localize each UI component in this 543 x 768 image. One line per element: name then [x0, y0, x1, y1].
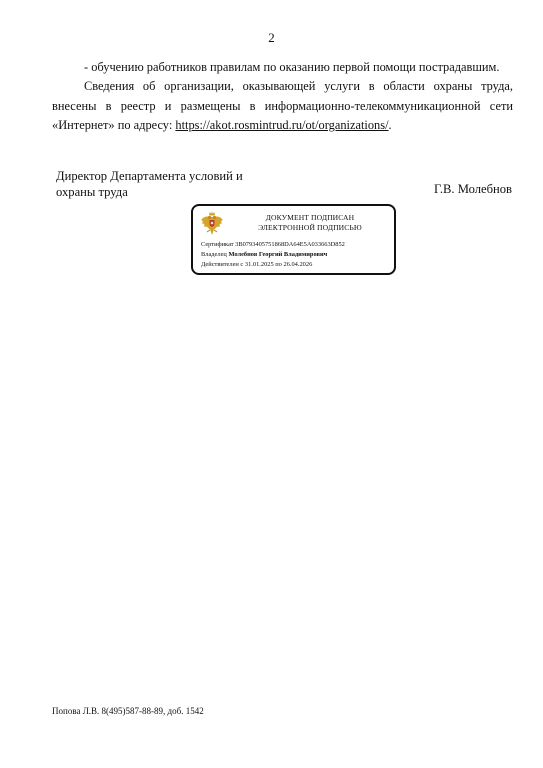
signer-title: Директор Департамента условий и охраны т…: [56, 168, 243, 200]
signer-title-line1: Директор Департамента условий и: [56, 168, 243, 184]
electronic-signature-stamp: ДОКУМЕНТ ПОДПИСАН ЭЛЕКТРОННОЙ ПОДПИСЬЮ С…: [191, 204, 396, 275]
registry-link[interactable]: https://akot.rosmintrud.ru/ot/organizati…: [175, 118, 388, 132]
stamp-certificate-row: Сертификат 3B0793405751868DA64E5A033663D…: [201, 240, 345, 250]
valid-from: 31.01.2025: [245, 261, 274, 268]
owner-value: Молебнов Георгий Владимирович: [228, 251, 327, 258]
stamp-header-line1: ДОКУМЕНТ ПОДПИСАН: [225, 213, 395, 223]
signer-name: Г.В. Молебнов: [434, 182, 512, 197]
footer-contact: Попова Л.В. 8(495)587-88-89, доб. 1542: [52, 706, 204, 716]
page-number: 2: [0, 30, 543, 46]
stamp-header: ДОКУМЕНТ ПОДПИСАН ЭЛЕКТРОННОЙ ПОДПИСЬЮ: [225, 213, 395, 233]
stamp-header-line2: ЭЛЕКТРОННОЙ ПОДПИСЬЮ: [225, 223, 395, 233]
valid-to: 26.04.2026: [284, 261, 313, 268]
stamp-details: Сертификат 3B0793405751868DA64E5A033663D…: [201, 240, 345, 270]
valid-label: Действителен с: [201, 261, 243, 268]
paragraph-registry-end: .: [389, 118, 392, 132]
paragraph-registry-info: Сведения об организации, оказывающей усл…: [52, 77, 513, 136]
certificate-label: Сертификат: [201, 241, 234, 248]
valid-to-label: по: [275, 261, 282, 268]
signer-title-line2: охраны труда: [56, 184, 243, 200]
certificate-value: 3B0793405751868DA64E5A033663D852: [235, 241, 345, 248]
russian-coat-of-arms-icon: [200, 211, 224, 237]
stamp-validity-row: Действителен с 31.01.2025 по 26.04.2026: [201, 260, 345, 270]
owner-label: Владелец: [201, 251, 227, 258]
stamp-owner-row: Владелец Молебнов Георгий Владимирович: [201, 250, 345, 260]
paragraph-first-aid: - обучению работников правилам по оказан…: [52, 58, 513, 78]
